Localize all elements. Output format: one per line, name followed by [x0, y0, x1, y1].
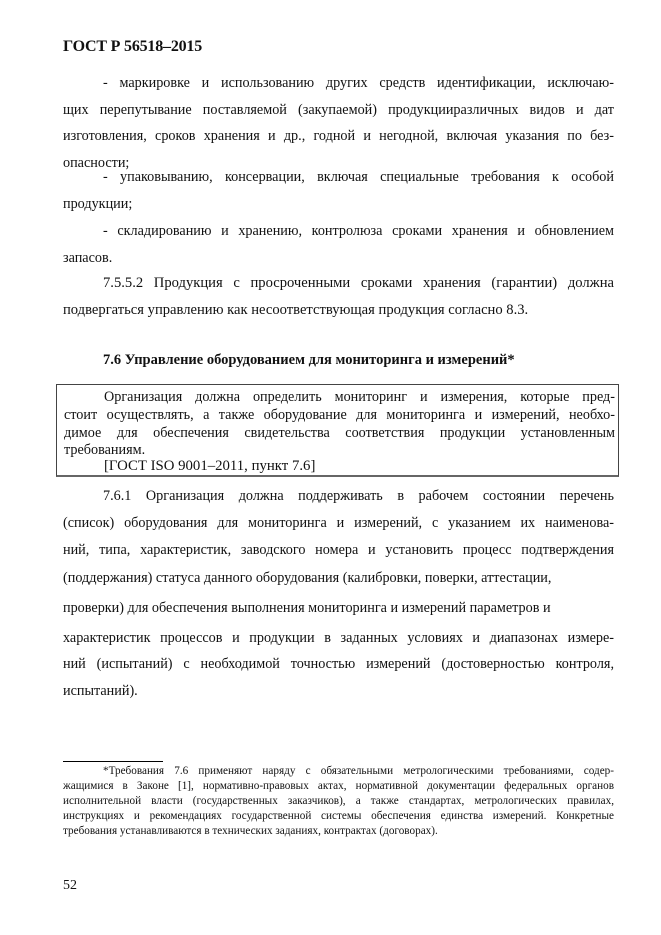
clause-7-6-1: 7.6.1 Организация должна поддерживать в …: [63, 483, 614, 704]
footnote-line: инструкциях и рекомендациях государствен…: [63, 809, 614, 824]
list-item-packaging: - упаковыванию, консервации, включая спе…: [63, 164, 614, 217]
text-line: - упаковыванию, консервации, включая спе…: [63, 164, 614, 191]
page-number: 52: [63, 878, 77, 894]
text-line: характеристик процессов и продукции в за…: [63, 625, 614, 652]
list-item-storage: - складированию и хранению, контролюза с…: [63, 218, 614, 271]
text-line: проверки) для обеспечения выполнения мон…: [63, 595, 614, 625]
section-heading-7-6: 7.6 Управление оборудованием для монитор…: [103, 352, 515, 369]
document-page: ГОСТ Р 56518–2015 - маркировке и использ…: [0, 0, 661, 935]
footnote-line: *Требования 7.6 применяют наряду с обяза…: [63, 764, 614, 779]
text-line: испытаний).: [63, 678, 614, 705]
text-line: продукции;: [63, 191, 614, 218]
footnote-line: исполнительной власти (государственных з…: [63, 794, 614, 809]
text-line: ний, типа, характеристик, заводского ном…: [63, 537, 614, 565]
quote-line: димое для обеспечения свидетельства соот…: [64, 425, 615, 443]
iso-quote-box: Организация должна определить мониторинг…: [56, 384, 619, 477]
text-line: - складированию и хранению, контролюза с…: [63, 218, 614, 245]
list-item-marking: - маркировке и использованию других сред…: [63, 70, 614, 176]
text-line: (поддержания) статуса данного оборудован…: [63, 565, 614, 595]
quote-line: Организация должна определить мониторинг…: [64, 389, 615, 407]
quote-reference: [ГОСТ ISO 9001–2011, пункт 7.6]: [104, 458, 655, 476]
text-line: запасов.: [63, 245, 614, 272]
text-line: щих перепутывание поставляемой (закупаем…: [63, 97, 614, 124]
footnote-line: жащимися в Законе [1], нормативно-правов…: [63, 779, 614, 794]
text-line: изготовления, сроков хранения и др., год…: [63, 123, 614, 150]
text-line: 7.5.5.2 Продукция с просроченными срокам…: [63, 270, 614, 297]
text-line: ний (испытаний) с необходимой точностью …: [63, 651, 614, 678]
text-line: подвергаться управлению как несоответств…: [63, 297, 614, 324]
text-line: 7.6.1 Организация должна поддерживать в …: [63, 483, 614, 510]
clause-7-5-5-2: 7.5.5.2 Продукция с просроченными срокам…: [63, 270, 614, 323]
quote-line: стоит осуществлять, а также оборудование…: [64, 407, 615, 425]
text-line: - маркировке и использованию других сред…: [63, 70, 614, 97]
text-line: (список) оборудования для мониторинга и …: [63, 510, 614, 538]
footnote-separator: [63, 761, 163, 762]
document-header-id: ГОСТ Р 56518–2015: [63, 38, 202, 56]
footnote-line: требования устанавливаются в технических…: [63, 824, 614, 839]
